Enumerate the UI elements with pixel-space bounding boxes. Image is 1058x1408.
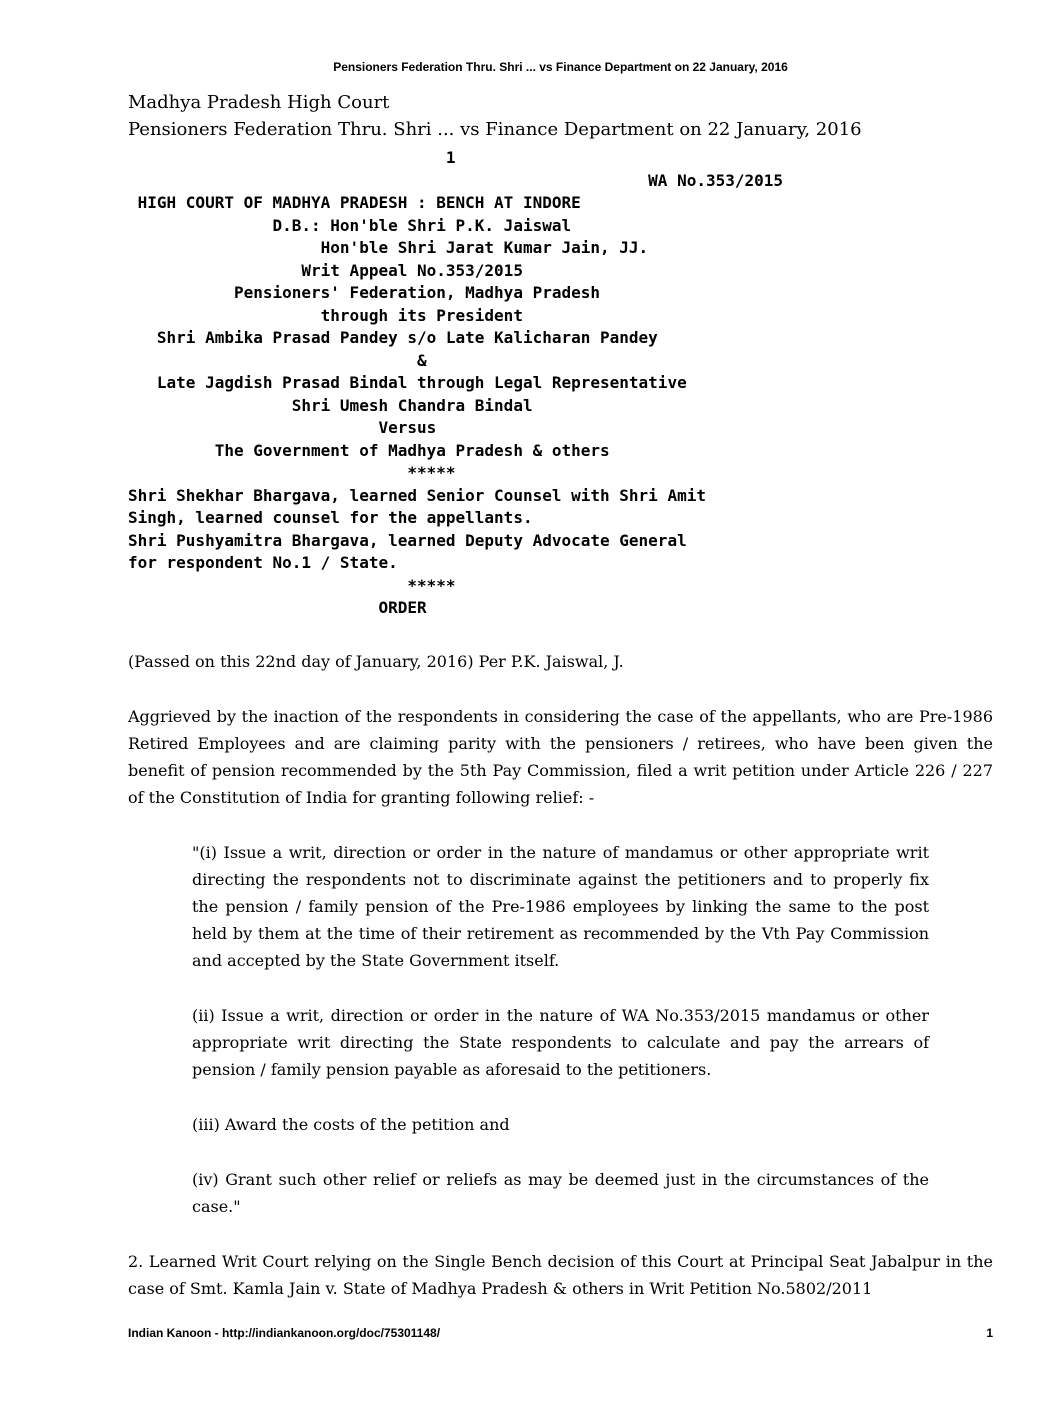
order-passed-line: (Passed on this 22nd day of January, 201… [128, 648, 993, 675]
cause-title-block: 1 WA No.353/2015 HIGH COURT OF MADHYA PR… [128, 147, 993, 620]
running-header: Pensioners Federation Thru. Shri ... vs … [128, 60, 993, 75]
paragraph-2: 2. Learned Writ Court relying on the Sin… [128, 1248, 993, 1302]
court-name: Madhya Pradesh High Court [128, 89, 993, 116]
document-content: Pensioners Federation Thru. Shri ... vs … [0, 0, 1058, 1302]
paragraph-aggrieved: Aggrieved by the inaction of the respond… [128, 703, 993, 811]
footer-source-url: Indian Kanoon - http://indiankanoon.org/… [128, 1326, 440, 1341]
footer-page-number: 1 [986, 1326, 993, 1341]
relief-quote-iv: (iv) Grant such other relief or reliefs … [192, 1166, 929, 1220]
case-title: Pensioners Federation Thru. Shri ... vs … [128, 116, 993, 143]
page-footer: Indian Kanoon - http://indiankanoon.org/… [128, 1326, 993, 1341]
relief-quote-iii: (iii) Award the costs of the petition an… [192, 1111, 929, 1138]
relief-quote-ii: (ii) Issue a writ, direction or order in… [192, 1002, 929, 1083]
relief-quote-i: "(i) Issue a writ, direction or order in… [192, 839, 929, 974]
document-page: Pensioners Federation Thru. Shri ... vs … [0, 0, 1058, 1408]
